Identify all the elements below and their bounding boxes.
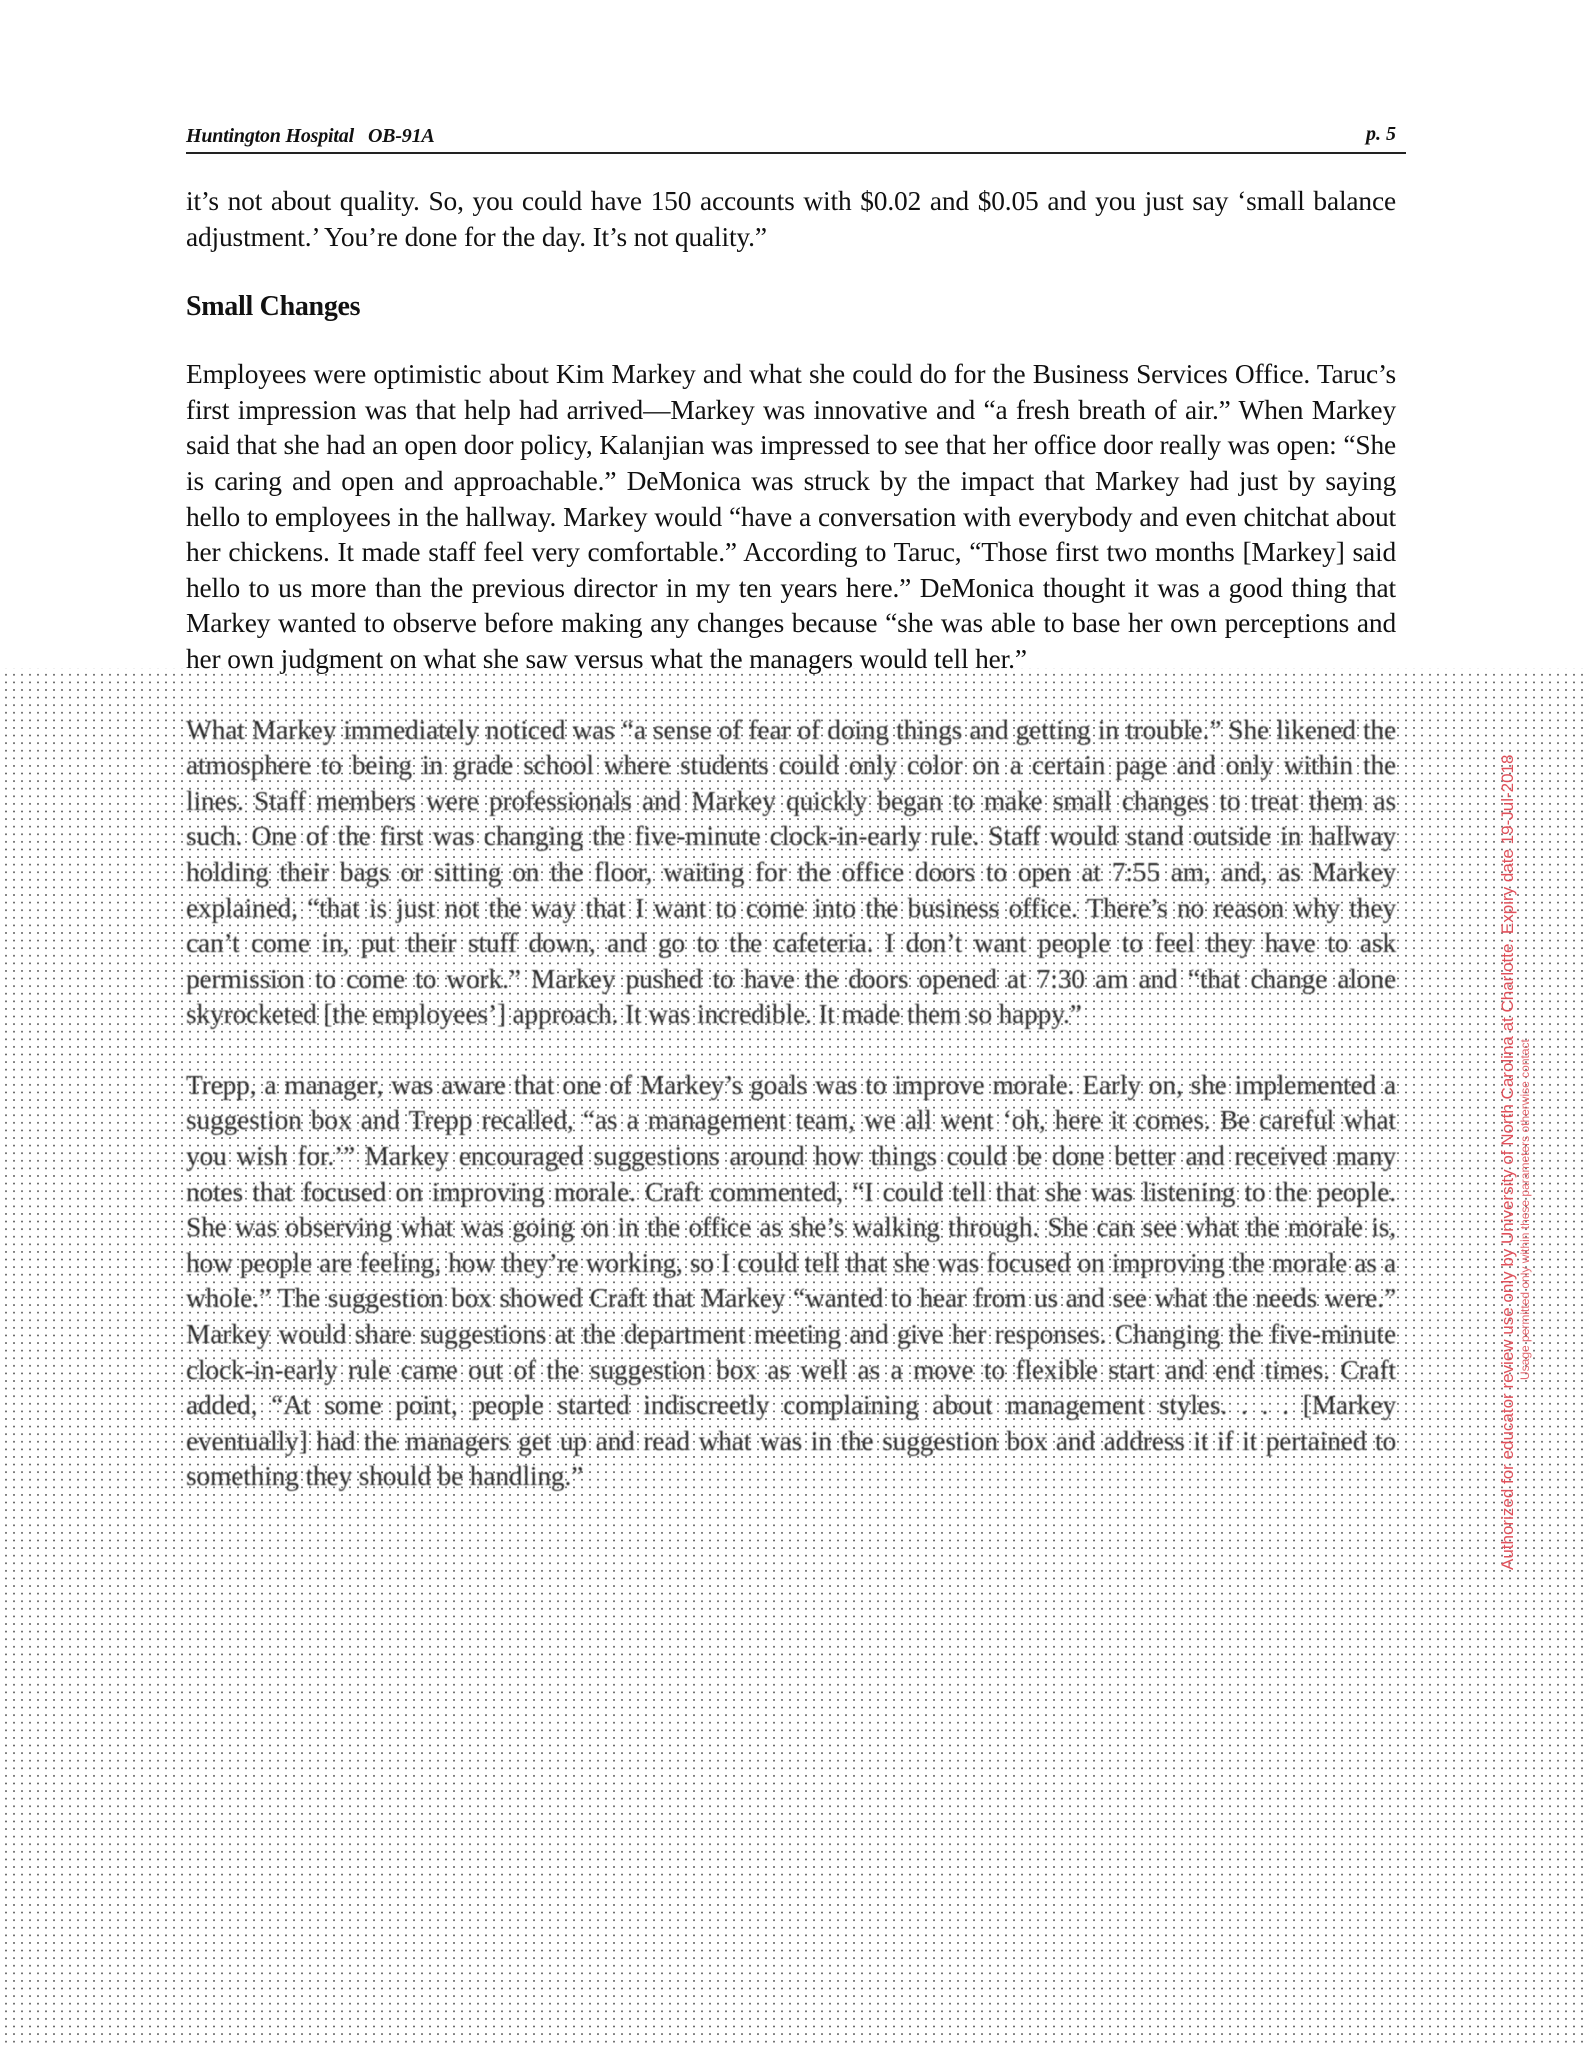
case-code: OB-91A: [368, 125, 435, 147]
header-title: Huntington Hospital: [186, 125, 354, 147]
document-body: it’s not about quality. So, you could ha…: [186, 184, 1396, 1495]
section-heading: Small Changes: [186, 291, 1396, 323]
page-number: p. 5: [1366, 123, 1396, 146]
paragraph-fear-and-changes: What Markey immediately noticed was “a s…: [186, 713, 1396, 1033]
paragraph-spacer: [186, 678, 1396, 713]
paragraph-first-impressions: Employees were optimistic about Kim Mark…: [186, 357, 1396, 677]
running-header: Huntington HospitalOB-91A p. 5: [186, 118, 1406, 154]
watermark-line-usage: Usage permitted only within these parame…: [1518, 1039, 1532, 1380]
continuation-paragraph: it’s not about quality. So, you could ha…: [186, 184, 1396, 255]
paragraph-suggestion-box: Trepp, a manager, was aware that one of …: [186, 1068, 1396, 1495]
watermark-line-authorization: Authorized for educator review use only …: [1498, 755, 1518, 1570]
license-watermark: Authorized for educator review use only …: [1496, 520, 1556, 1570]
header-title-group: Huntington HospitalOB-91A: [186, 125, 435, 148]
paragraph-spacer: [186, 1033, 1396, 1068]
